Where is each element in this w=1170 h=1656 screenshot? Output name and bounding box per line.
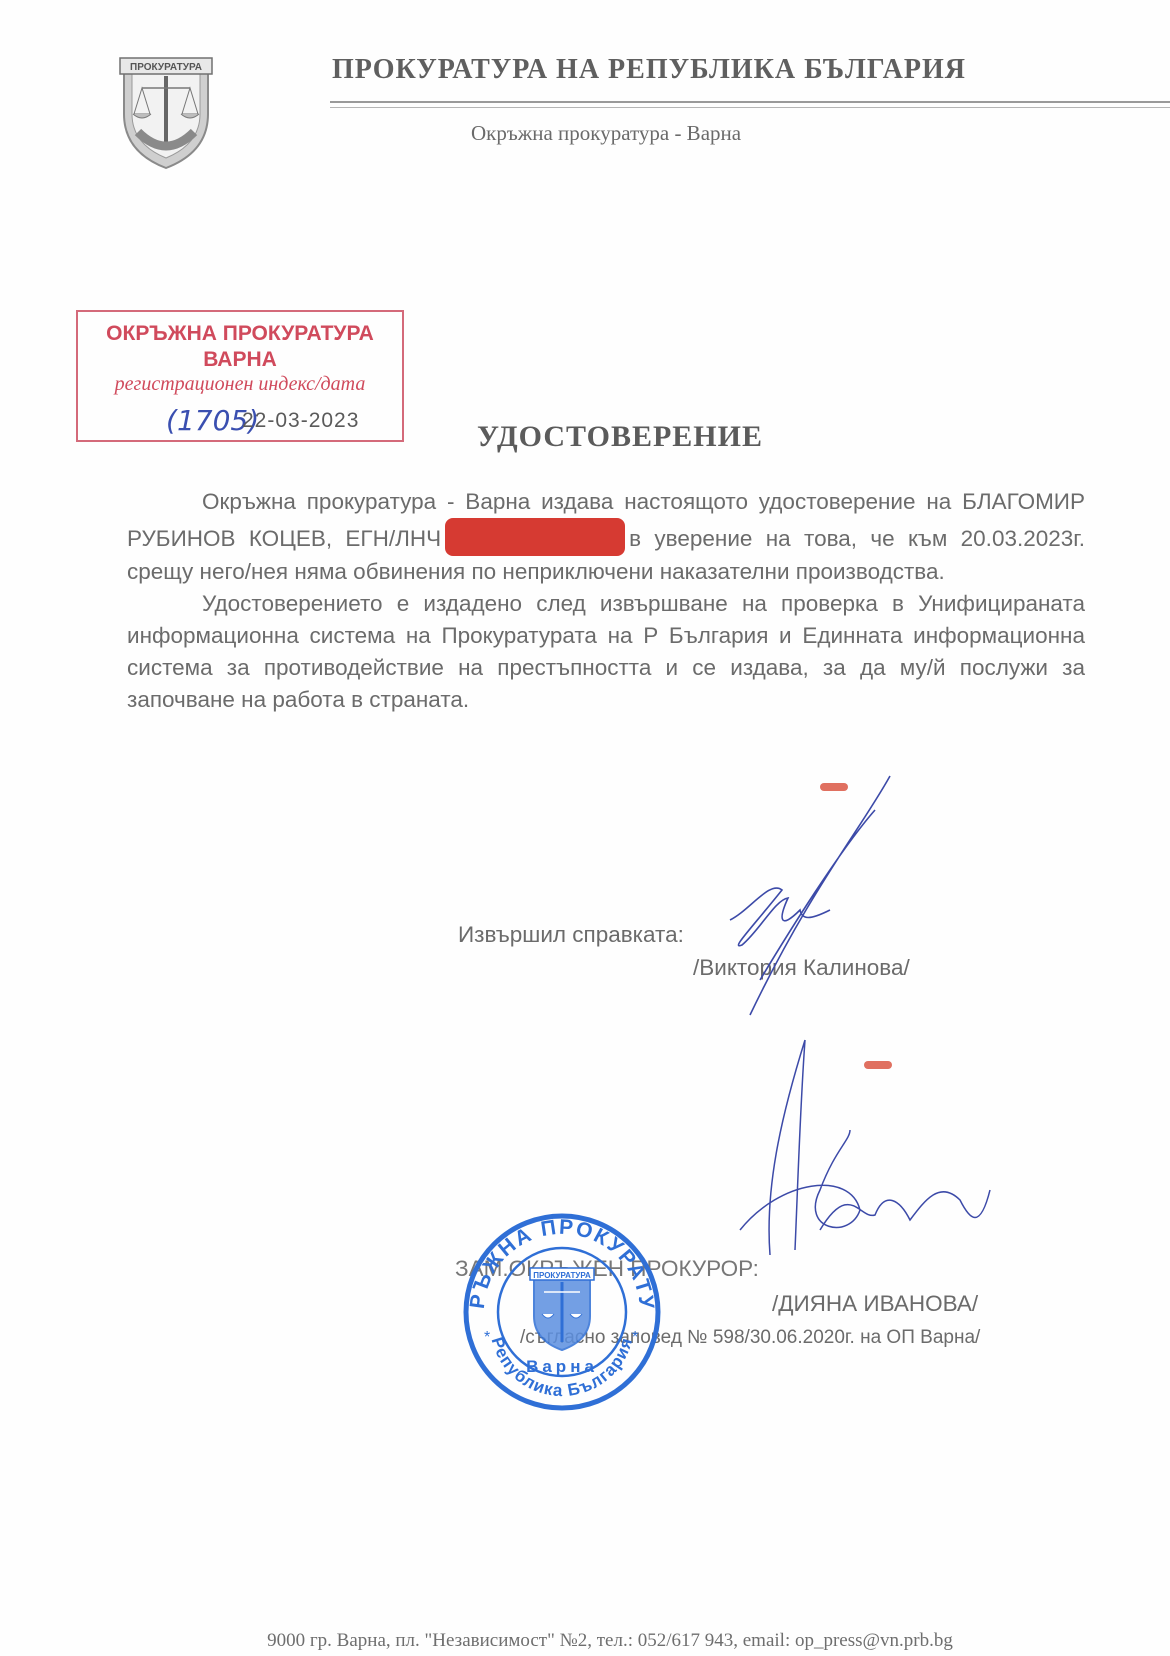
- paragraph-2: Удостоверението е издадено след извършва…: [127, 588, 1085, 716]
- red-ink-mark: [820, 783, 848, 791]
- document-page: ПРОКУРАТУРА ПРОКУРАТУРА НА РЕПУБЛИКА БЪЛ…: [0, 0, 1170, 1656]
- document-title: УДОСТОВЕРЕНИЕ: [0, 420, 1170, 454]
- organization-subtitle: Окръжна прокуратура - Варна: [471, 121, 741, 146]
- prepared-by-label: Извършил справката:: [458, 922, 684, 948]
- svg-text:Варна: Варна: [526, 1357, 598, 1376]
- prosecution-shield-emblem-icon: ПРОКУРАТУРА: [118, 52, 214, 170]
- paragraph-1: Окръжна прокуратура - Варна издава насто…: [127, 486, 1085, 588]
- prosecutor-name: /ДИЯНА ИВАНОВА/: [772, 1291, 978, 1317]
- stamp-line-3: регистрационен индекс/дата: [78, 373, 402, 396]
- signature-prosecutor: [700, 1030, 1020, 1260]
- svg-text:ПРОКУРАТУРА: ПРОКУРАТУРА: [130, 62, 202, 73]
- redaction-mark: [445, 518, 625, 556]
- official-seal: ОКРЪЖНА ПРОКУРАТУРА Република България *…: [462, 1212, 662, 1412]
- stamp-line-2: ВАРНА: [78, 348, 402, 372]
- svg-text:ПРОКУРАТУРА: ПРОКУРАТУРА: [533, 1271, 591, 1280]
- svg-text:*: *: [484, 1329, 490, 1346]
- organization-title: ПРОКУРАТУРА НА РЕПУБЛИКА БЪЛГАРИЯ: [332, 54, 966, 86]
- footer-address: 9000 гр. Варна, пл. "Независимост" №2, т…: [0, 1630, 1170, 1652]
- signature-preparer: [690, 770, 950, 1020]
- header-divider: [330, 101, 1170, 108]
- svg-text:*: *: [632, 1329, 638, 1346]
- stamp-line-1: ОКРЪЖНА ПРОКУРАТУРА: [78, 322, 402, 346]
- prepared-by-name: /Виктория Калинова/: [693, 955, 910, 981]
- document-body: Окръжна прокуратура - Варна издава насто…: [127, 486, 1085, 716]
- red-ink-mark: [864, 1061, 892, 1069]
